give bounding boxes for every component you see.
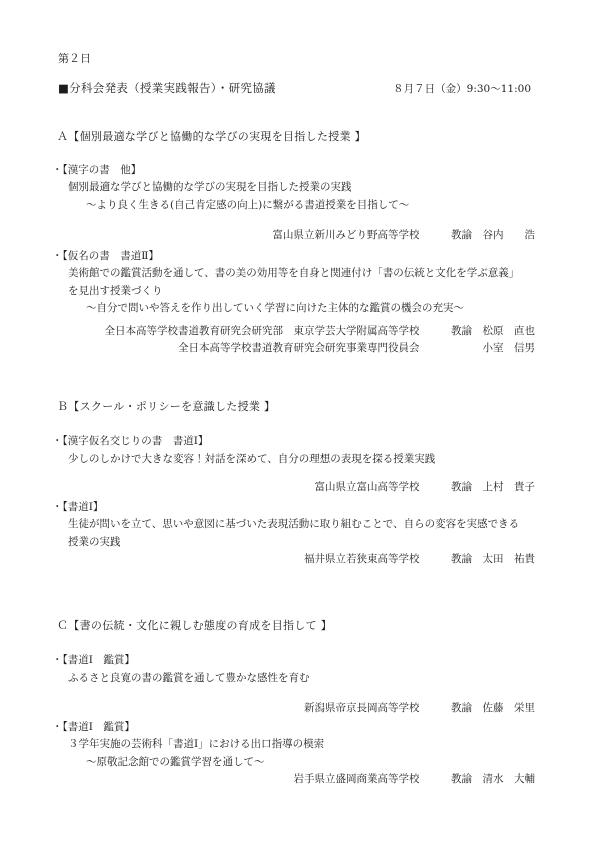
entry-category: ・【漢字の書 他】 [52, 162, 595, 180]
session-header-row: ■分科会発表（授業実践報告）・研究協議 ８月７日（金）9:30～11:00 [58, 80, 531, 99]
entry-a2: ・【仮名の書 書道Ⅱ】 美術館での鑑賞活動を通して、書の美の効用等を自身と関連付… [0, 248, 595, 358]
entry-category: ・【仮名の書 書道Ⅱ】 [52, 248, 595, 266]
entry-subline: ～原敬記念館での鑑賞学習を通して～ [86, 754, 595, 772]
entry-b2: ・【書道Ⅰ】 生徒が問いを立て、思いや意図に基づいた表現活動に取り組むことで、自… [0, 499, 595, 569]
entry-line: 個別最適な学びと協働的な学びの実現を目指した授業の実践 [68, 179, 595, 197]
entry-subline: ～より良く生きる(自己肯定感の向上)に繋がる書道授業を目指して～ [86, 197, 595, 215]
entry-category: ・【書道Ⅰ】 [52, 499, 595, 517]
entry-line: ３学年実施の芸術科「書道Ⅰ」における出口指導の模索 [68, 736, 595, 754]
entry-b1: ・【漢字仮名交じりの書 書道Ⅰ】 少しのしかけで大きな変容！対話を深めて、自分の… [0, 433, 595, 497]
presenter-line: 富山県立富山高等学校 教諭 上村 貴子 [0, 479, 535, 497]
entry-line: 少しのしかけで大きな変容！対話を深めて、自分の理想の表現を探る授業実践 [68, 451, 595, 469]
entry-line: 授業の実践 [68, 534, 595, 552]
entry-line: を見出す授業づくり [68, 283, 595, 301]
entry-c2: ・【書道Ⅰ 鑑賞】 ３学年実施の芸術科「書道Ⅰ」における出口指導の模索 ～原敬記… [0, 719, 595, 789]
presenter-line: 全日本高等学校書道教育研究会研究事業専門役員会 小室 信男 [0, 340, 535, 358]
entry-line: ふるさと良寛の書の鑑賞を通して豊かな感性を育む [68, 670, 595, 688]
presenter-line: 福井県立若狭東高等学校 教諭 太田 祐貴 [0, 551, 535, 569]
entry-c1: ・【書道Ⅰ 鑑賞】 ふるさと良寛の書の鑑賞を通して豊かな感性を育む 新潟県帝京長… [0, 652, 595, 718]
section-c-heading: Ｃ【書の伝統・文化に親しむ態度の育成を目指して 】 [57, 617, 595, 635]
section-a-heading: Ａ【個別最適な学びと協働的な学びの実現を目指した授業 】 [57, 128, 595, 146]
presenter-line: 全日本高等学校書道教育研究会研究部 東京学芸大学附属高等学校 教諭 松原 直也 [0, 323, 535, 341]
section-b-heading: Ｂ【スクール・ポリシーを意識した授業 】 [57, 398, 595, 416]
entry-subline: ～自分で問いや答えを作り出していく学習に向けた主体的な鑑賞の機会の充実～ [86, 300, 595, 318]
session-title: ■分科会発表（授業実践報告）・研究協議 [58, 80, 276, 98]
entry-line: 美術館での鑑賞活動を通して、書の美の効用等を自身と関連付け「書の伝統と文化を学ぶ… [68, 265, 595, 283]
session-datetime: ８月７日（金）9:30～11:00 [393, 81, 531, 99]
program-document-page: 第２日 ■分科会発表（授業実践報告）・研究協議 ８月７日（金）9:30～11:0… [0, 0, 595, 841]
entry-line: 生徒が問いを立て、思いや意図に基づいた表現活動に取り組むことで、自らの変容を実感… [68, 516, 595, 534]
entry-a1: ・【漢字の書 他】 個別最適な学びと協働的な学びの実現を目指した授業の実践 ～よ… [0, 162, 595, 245]
presenter-line: 富山県立新川みどり野高等学校 教諭 谷内 浩 [0, 227, 535, 245]
entry-category: ・【書道Ⅰ 鑑賞】 [52, 652, 595, 670]
presenter-line: 新潟県帝京長岡高等学校 教諭 佐藤 栄里 [0, 700, 535, 718]
day-label: 第２日 [58, 50, 595, 68]
entry-category: ・【書道Ⅰ 鑑賞】 [52, 719, 595, 737]
entry-category: ・【漢字仮名交じりの書 書道Ⅰ】 [52, 433, 595, 451]
presenter-line: 岩手県立盛岡商業高等学校 教諭 清水 大輔 [0, 771, 535, 789]
